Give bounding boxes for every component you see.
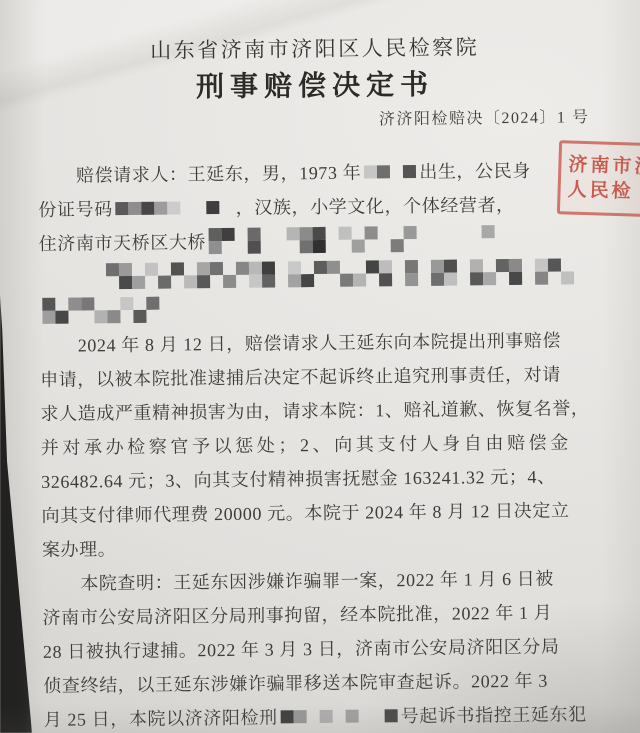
document-content: 山东省济南市济阳区人民检察院 刑事赔偿决定书 济济阳检赔决〔2024〕1 号 赔… <box>0 0 640 733</box>
body-line-17: 月 25 日，本院以济济阳检刑号起诉书指控王延东犯 <box>43 696 599 733</box>
redaction-mosaic <box>42 296 185 323</box>
body-line-6: 2024 年 8 月 12 日，赔偿请求人王延东向本院提出刑事赔偿 <box>40 322 596 362</box>
body-text: 2024 年 8 月 12 日，赔偿请求人王延东向本院提出刑事赔偿 <box>78 326 562 357</box>
body-text: 月 25 日，本院以济济阳检刑 <box>44 703 278 731</box>
official-seal-stamp: 济南市济 人民检 <box>557 140 640 218</box>
body-line-12: 案办理。 <box>42 526 598 566</box>
body-line-5 <box>39 288 595 328</box>
body-line-16: 侦查终结，以王延东涉嫌诈骗罪移送本院审查起诉。2022 年 3 <box>43 662 599 702</box>
body-text: 份证号码 <box>38 195 113 222</box>
body-text: 326482.64 元；3、向其支付精神损害抚慰金 163241.32 元；4、 <box>41 463 556 494</box>
body-text: 赔偿请求人：王延东，男，1973 年 <box>76 159 362 188</box>
body-text: 申请，以被本院批准逮捕后决定不起诉终止追究刑事责任，对请 <box>40 360 561 391</box>
document-title: 刑事赔偿决定书 <box>37 66 593 108</box>
body-line-1: 赔偿请求人：王延东，男，1973 年出生，公民身 <box>38 152 594 192</box>
body-text: 本院查明：王延东因涉嫌诈骗罪一案，2022 年 1 月 6 日被 <box>80 565 554 596</box>
redaction-mosaic <box>281 709 398 723</box>
redaction-mosaic <box>106 258 574 289</box>
body-line-11: 向其支付律师代理费 20000 元。本院于 2024 年 8 月 12 日决定立 <box>41 492 597 532</box>
body-text: 求人造成严重精神损害为由，请求本院：1、赔礼道歉、恢复名誉， <box>40 394 589 426</box>
body-line-8: 求人造成严重精神损害为由，请求本院：1、赔礼道歉、恢复名誉， <box>40 390 596 430</box>
body-text: 并对承办检察官予以惩处；2、向其支付人身自由赔偿金 <box>41 428 572 460</box>
document-body: 赔偿请求人：王延东，男，1973 年出生，公民身份证号码，汉族，小学文化，个体经… <box>38 152 600 733</box>
stamp-text-line1: 济南市济 <box>568 154 640 179</box>
redaction-mosaic <box>209 225 521 254</box>
body-text: ，汉族，小学文化，个体经营者， <box>236 191 515 220</box>
body-text: 号起诉书指控王延东犯 <box>401 700 587 728</box>
issuing-authority: 山东省济南市济阳区人民检察院 <box>37 33 593 65</box>
body-line-7: 申请，以被本院批准逮捕后决定不起诉终止追究刑事责任，对请 <box>40 356 596 396</box>
stamp-text-line2: 人民检 <box>567 179 640 204</box>
body-line-3: 住济南市天桥区大桥 <box>39 220 595 260</box>
body-text: 济南市公安局济阳区分局刑事拘留，经本院批准，2022 年 1 月 <box>42 599 552 630</box>
body-text: 案办理。 <box>42 535 117 562</box>
body-line-9: 并对承办检察官予以惩处；2、向其支付人身自由赔偿金 <box>41 424 597 464</box>
document-number: 济济阳检赔决〔2024〕1 号 <box>37 107 593 135</box>
body-line-15: 28 日被执行逮捕。2022 年 3 月 3 日，济南市公安局济阳区分局 <box>43 628 599 668</box>
redaction-mosaic <box>116 200 233 214</box>
body-text: 28 日被执行逮捕。2022 年 3 月 3 日，济南市公安局济阳区分局 <box>43 633 560 664</box>
body-line-4 <box>39 254 595 294</box>
redaction-mosaic <box>364 164 416 178</box>
body-text: 出生，公民身 <box>419 157 531 184</box>
body-line-14: 济南市公安局济阳区分局刑事拘留，经本院批准，2022 年 1 月 <box>42 594 598 634</box>
body-text: 住济南市天桥区大桥 <box>39 228 207 256</box>
body-text: 向其支付律师代理费 20000 元。本院于 2024 年 8 月 12 日决定立 <box>41 496 569 528</box>
body-line-10: 326482.64 元；3、向其支付精神损害抚慰金 163241.32 元；4、 <box>41 458 597 498</box>
document-photo: 山东省济南市济阳区人民检察院 刑事赔偿决定书 济济阳检赔决〔2024〕1 号 赔… <box>0 0 640 733</box>
body-line-13: 本院查明：王延东因涉嫌诈骗罪一案，2022 年 1 月 6 日被 <box>42 560 598 600</box>
body-line-2: 份证号码，汉族，小学文化，个体经营者， <box>38 186 594 226</box>
body-text: 侦查终结，以王延东涉嫌诈骗罪移送本院审查起诉。2022 年 3 <box>43 667 548 698</box>
